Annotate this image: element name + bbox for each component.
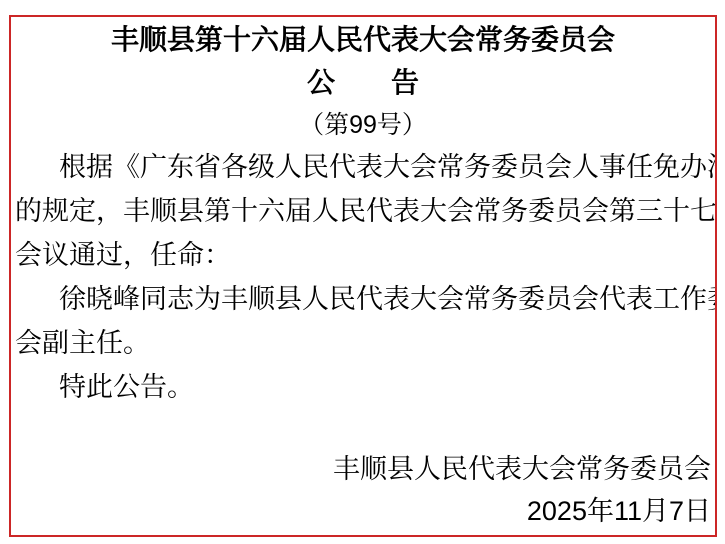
body-line: 特此公告。 xyxy=(15,365,711,409)
blank-space xyxy=(15,409,711,448)
body-line: 的规定，丰顺县第十六届人民代表大会常务委员会第三十七次 xyxy=(15,189,711,233)
page: 丰顺县第十六届人民代表大会常务委员会 公 告 （第99号） 根据《广东省各级人民… xyxy=(0,0,725,544)
document-frame: 丰顺县第十六届人民代表大会常务委员会 公 告 （第99号） 根据《广东省各级人民… xyxy=(9,15,717,537)
issue-number: （第99号） xyxy=(15,105,711,145)
signature: 丰顺县人民代表大会常务委员会 xyxy=(15,448,711,490)
body-line: 徐晓峰同志为丰顺县人民代表大会常务委员会代表工作委员 xyxy=(15,277,711,321)
document-title: 丰顺县第十六届人民代表大会常务委员会 xyxy=(15,19,711,61)
notice-heading: 公 告 xyxy=(15,61,711,105)
body-line: 会副主任。 xyxy=(15,321,711,365)
body-line: 会议通过，任命： xyxy=(15,233,711,277)
body-line: 根据《广东省各级人民代表大会常务委员会人事任免办法》 xyxy=(15,145,711,189)
date: 2025年11月7日 xyxy=(15,490,711,532)
